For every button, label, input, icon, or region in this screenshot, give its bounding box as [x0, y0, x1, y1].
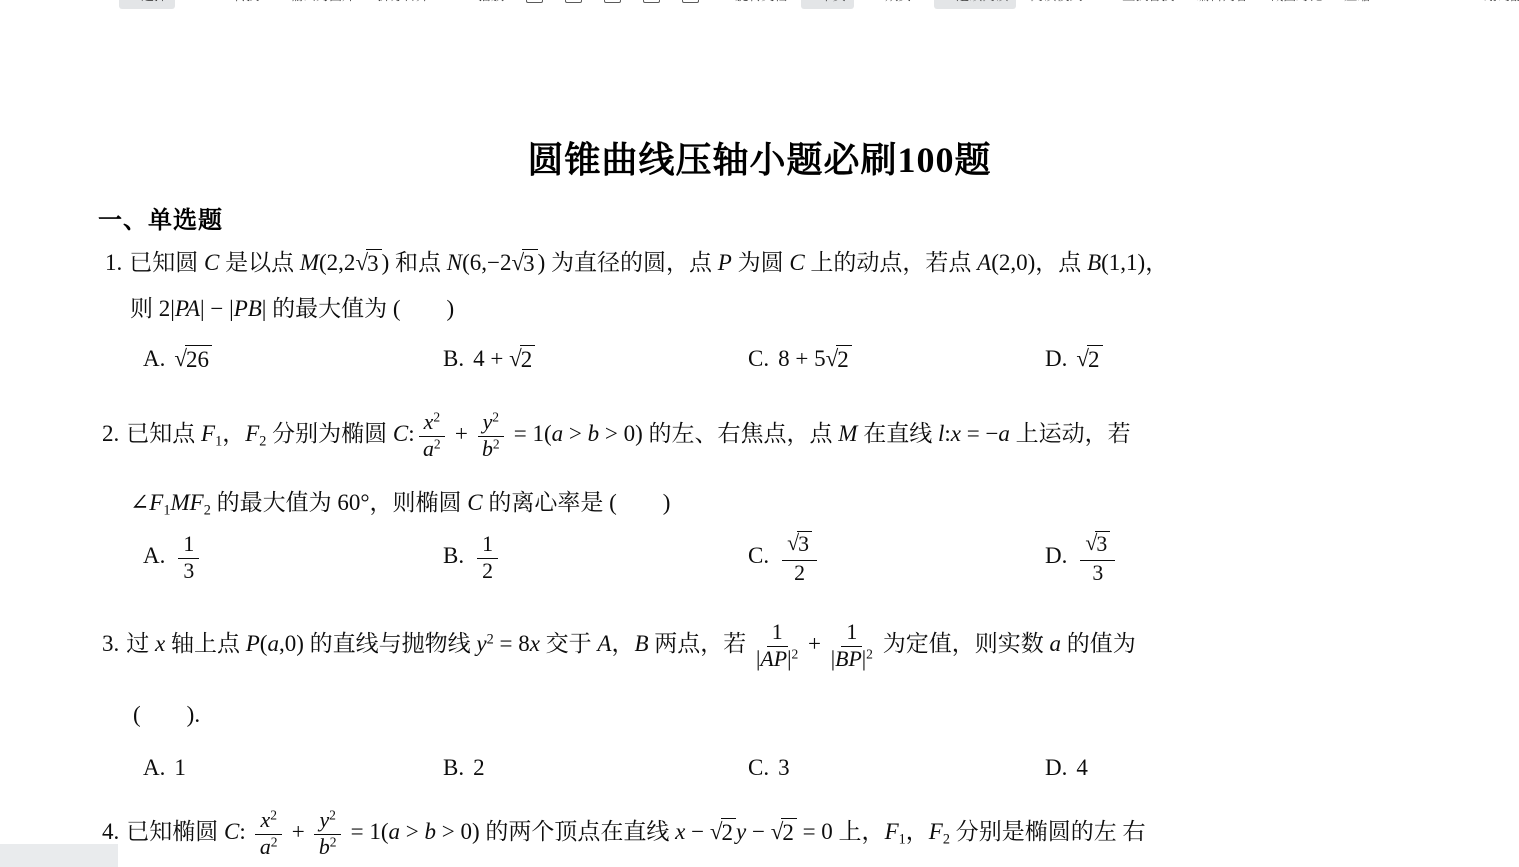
question-number: 4. [102, 819, 119, 844]
find-replace-button[interactable]: 查找替换 [1114, 0, 1182, 9]
continuous-reading-button-label: 连续阅读 [956, 0, 1008, 4]
sqrt-expression: √3 [1085, 531, 1110, 558]
sqrt-expression: √3 [787, 531, 812, 558]
shrink-page-icon[interactable]: ↓ [635, 0, 668, 8]
sqrt-expression: √2 [771, 818, 797, 846]
fraction: 12 [477, 533, 498, 583]
pdf-convert-button[interactable]: PDF转换▾ [199, 0, 276, 9]
question-number: 3. [102, 631, 119, 656]
option-B: B.4 + √2 [443, 345, 748, 373]
sqrt-expression: √2 [710, 818, 736, 846]
shrink-page-icon: ↓ [643, 0, 660, 3]
single-page-button-label: 单页 [820, 0, 846, 4]
option-label: A. [143, 346, 165, 371]
rotate-document-button[interactable]: ⟳旋转文档 [713, 0, 795, 9]
option-B: B.2 [443, 755, 748, 781]
enlarge-page-icon[interactable]: ↑ [674, 0, 707, 8]
find-replace-button-label: 查找替换 [1122, 0, 1174, 4]
document-page: 圆锥曲线压轴小题必刷100题 一、单选题 1.已知圆 C 是以点 M(2,2√3… [0, 11, 1519, 867]
sqrt-expression: √2 [826, 345, 852, 373]
reading-mode-button[interactable]: 阅读模式 [1022, 0, 1090, 9]
reading-mode-button-label: 阅读模式 [1030, 0, 1082, 4]
split-merge-button-label: 拆分合并 [377, 0, 429, 4]
fit-width-icon: ↔ [604, 0, 621, 3]
option-label: D. [1045, 346, 1067, 371]
fit-page-icon [565, 0, 582, 3]
option-label: B. [443, 543, 464, 568]
option-label: D. [1045, 755, 1067, 780]
question-line: 3.过 x 轴上点 P(a,0) 的直线与抛物线 y2 = 8x 交于 A，B … [102, 621, 1136, 671]
select-button[interactable]: ↖选择 [119, 0, 175, 9]
compress-button[interactable]: 压缩 [1336, 0, 1378, 9]
option-D: D.√33 [1045, 531, 1119, 585]
fraction: 1|AP|2 [756, 621, 798, 671]
sqrt-expression: √3 [355, 249, 381, 277]
split-merge-button[interactable]: 拆分合并▾ [369, 0, 446, 9]
screenshot-compare-button-label: 截图对比 [1270, 0, 1322, 4]
question-line: 1.已知圆 C 是以点 M(2,2√3) 和点 N(6,−2√3) 为直径的圆，… [105, 247, 1168, 278]
enlarge-page-icon: ↑ [682, 0, 699, 3]
edit-content-button-label: 编辑内容 [1196, 0, 1248, 4]
option-label: D. [1045, 543, 1067, 568]
fraction: x2a2 [419, 411, 445, 461]
option-label: C. [748, 346, 769, 371]
question-line: ∠F1MF2 的最大值为 60°，则椭圆 C 的离心率是 ( ) [130, 487, 670, 518]
fit-page-icon[interactable] [557, 0, 590, 8]
viewer-background-corner [0, 844, 118, 867]
option-C: C.3 [748, 755, 1045, 781]
options-row: A.√26B.4 + √2C.8 + 5√2D.√2 [143, 344, 1103, 373]
fraction: 13 [178, 533, 199, 583]
section-heading: 一、单选题 [98, 200, 223, 235]
export-as-image-button-label: 输出为图片 [290, 0, 355, 4]
option-label: C. [748, 543, 769, 568]
pdf-reader-toolbar: ↖选择PDF转换▾输出为图片拆分合并▾播放1:1↔↓↑⟳旋转文档▯单页▯▯双页▾… [0, 0, 1519, 11]
compress-button-label: 压缩 [1344, 0, 1370, 4]
single-page-button[interactable]: ▯单页 [801, 0, 854, 9]
sqrt-expression: √26 [174, 345, 212, 373]
question-line: 2.已知点 F1，F2 分别为椭圆 C:x2a2 + y2b2 = 1(a > … [102, 411, 1131, 461]
sqrt-expression: √2 [1076, 345, 1102, 373]
fraction: y2b2 [478, 411, 504, 461]
option-A: A.√26 [143, 345, 443, 373]
option-label: A. [143, 755, 165, 780]
export-as-image-button[interactable]: 输出为图片 [282, 0, 363, 9]
question-line: 4.已知椭圆 C: x2a2 + y2b2 = 1(a > b > 0) 的两个… [102, 809, 1145, 859]
fraction: 1|BP|2 [831, 621, 873, 671]
question-line: ( ). [133, 699, 200, 730]
toolbar-row: ↖选择PDF转换▾输出为图片拆分合并▾播放1:1↔↓↑⟳旋转文档▯单页▯▯双页▾… [0, 0, 1519, 11]
option-D: D.4 [1045, 755, 1088, 781]
screenshot-compare-button[interactable]: 截图对比 [1262, 0, 1330, 9]
question-number: 2. [102, 421, 119, 446]
fraction: x2a2 [255, 809, 281, 859]
fit-width-icon[interactable]: ↔ [596, 0, 629, 8]
option-A: A.13 [143, 533, 443, 583]
question-number: 1. [105, 250, 122, 275]
play-button[interactable]: 播放 [470, 0, 512, 9]
option-label: B. [443, 755, 464, 780]
sqrt-expression: √3 [511, 249, 537, 277]
fraction: y2b2 [314, 809, 340, 859]
continuous-reading-button[interactable]: ≣连续阅读 [934, 0, 1016, 9]
word-translate-button-label: 划词翻译 [1484, 0, 1519, 4]
double-page-button-label: 双页 [885, 0, 911, 4]
wps-ai-button-label: WPS AI [1392, 0, 1437, 2]
word-translate-button[interactable]: 文划词翻译▾ [1460, 0, 1519, 9]
option-B: B.12 [443, 533, 748, 583]
option-D: D.√2 [1045, 345, 1103, 373]
option-C: C.8 + 5√2 [748, 345, 1045, 373]
options-row: A.13B.12C.√32D.√33 [143, 531, 1119, 585]
actual-size-icon[interactable]: 1:1 [518, 0, 551, 8]
play-button-label: 播放 [478, 0, 504, 4]
option-A: A.1 [143, 755, 443, 781]
edit-content-button[interactable]: 编辑内容 [1188, 0, 1256, 9]
document-title: 圆锥曲线压轴小题必刷100题 [0, 132, 1519, 183]
option-C: C.√32 [748, 531, 1045, 585]
pdf-convert-button-label: PDF转换 [207, 0, 259, 4]
option-label: A. [143, 543, 165, 568]
wps-ai-button[interactable]: WPS AI▾ [1384, 0, 1454, 7]
options-row: A.1B.2C.3D.4 [143, 753, 1088, 781]
sqrt-expression: √2 [509, 345, 535, 373]
question-line: 则 2|PA| − |PB| 的最大值为 ( ) [130, 293, 454, 324]
select-button-label: 选择 [141, 0, 167, 4]
fraction: √33 [1080, 531, 1115, 585]
option-label: C. [748, 755, 769, 780]
rotate-document-button-label: 旋转文档 [735, 0, 787, 4]
fraction: √32 [782, 531, 817, 585]
option-label: B. [443, 346, 464, 371]
double-page-button[interactable]: ▯▯双页▾ [860, 0, 928, 9]
actual-size-icon: 1:1 [526, 0, 543, 3]
